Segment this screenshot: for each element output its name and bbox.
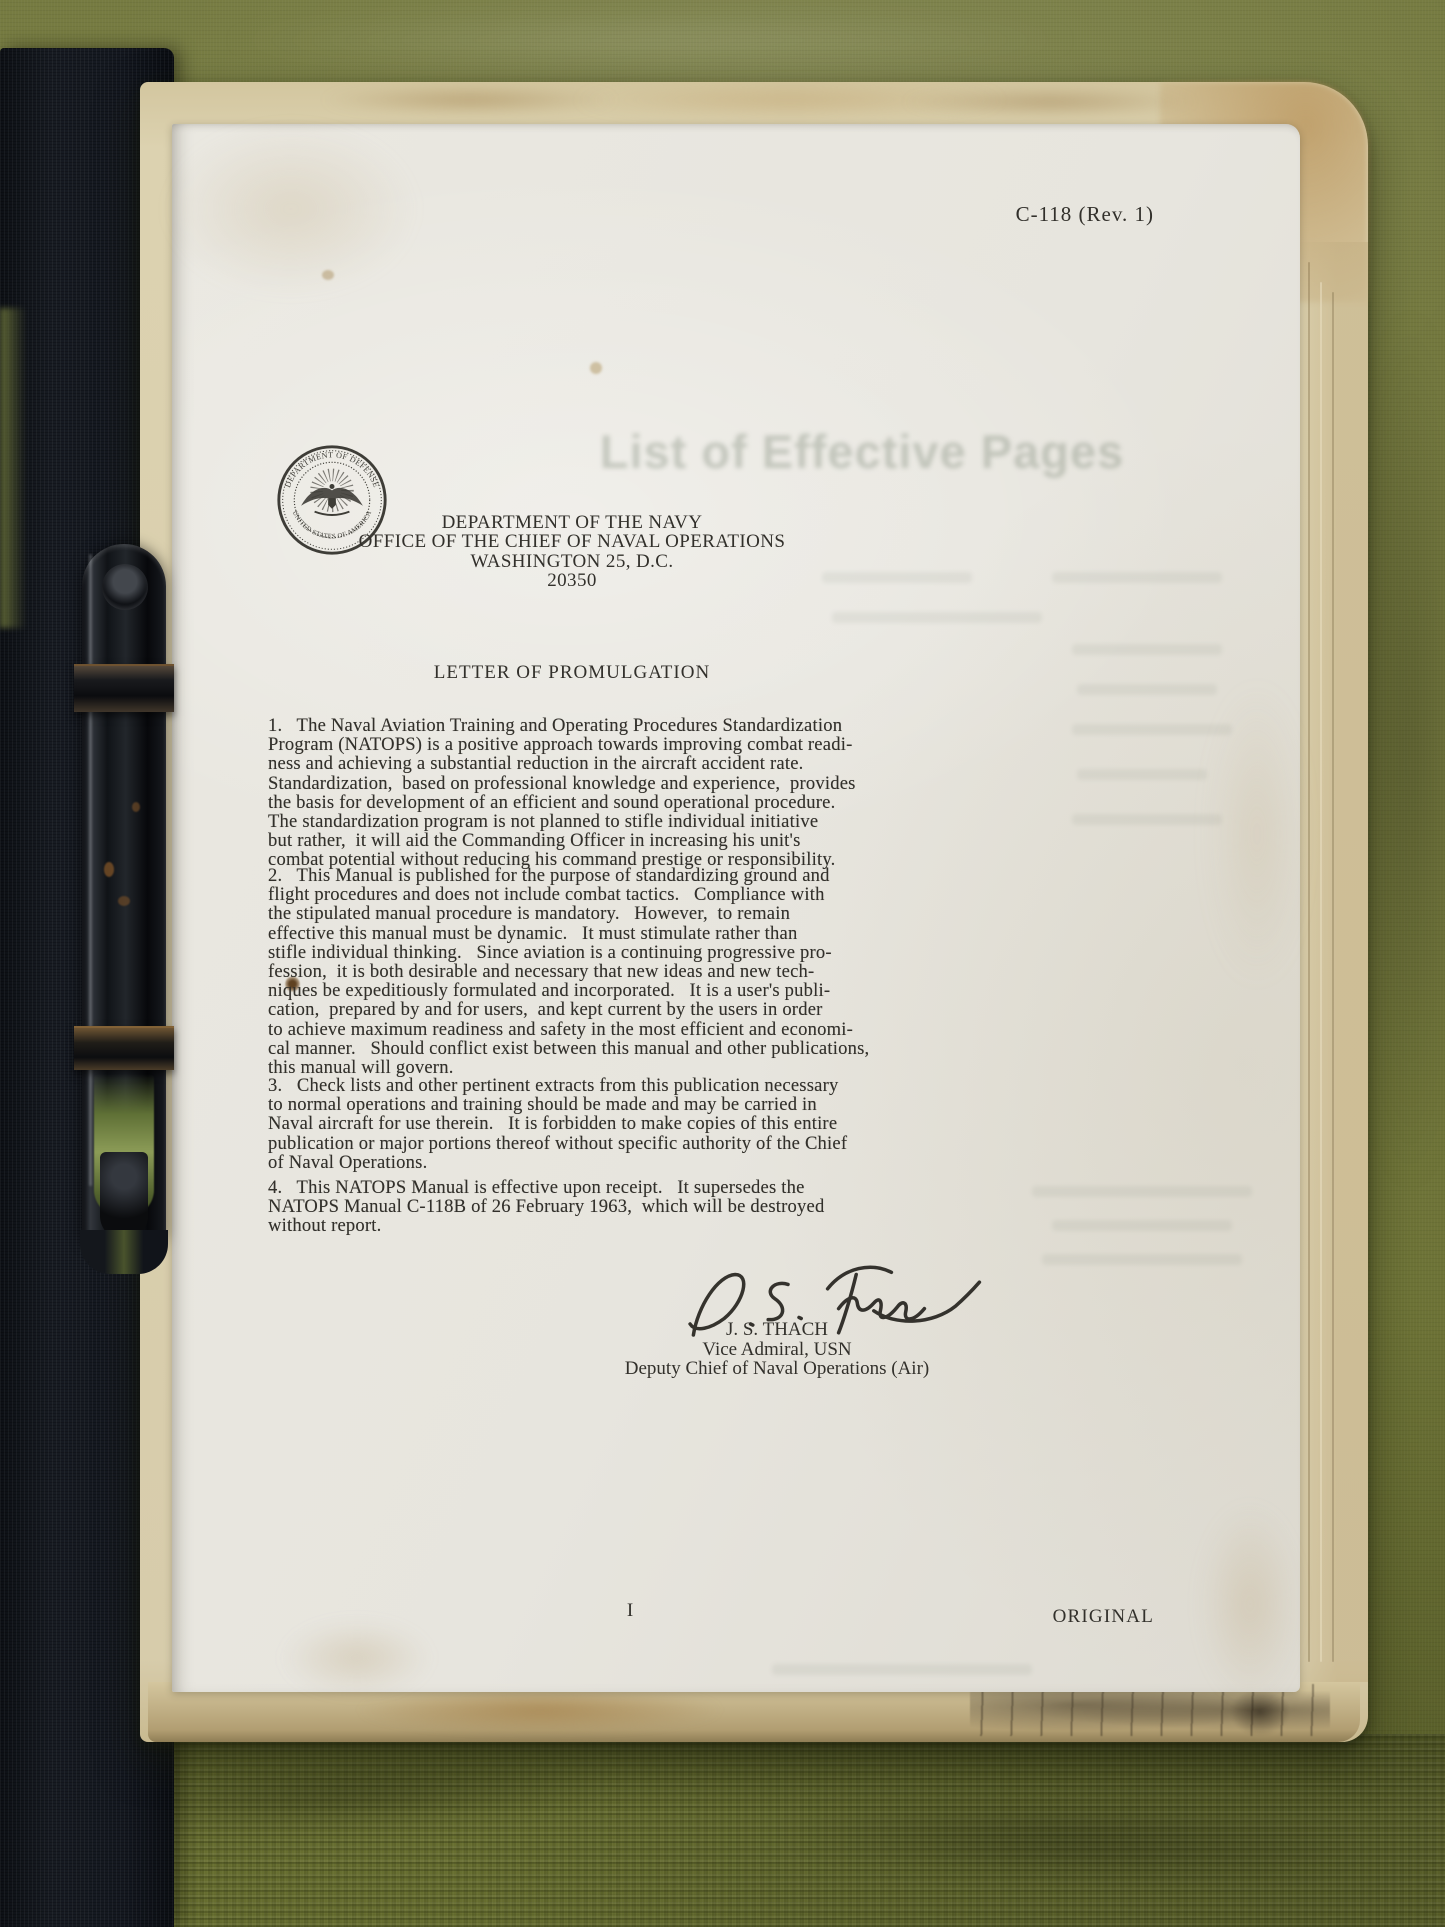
paragraph-4: 4. This NATOPS Manual is effective upon …: [268, 1178, 825, 1236]
bleed-through-smudge: [1072, 814, 1222, 825]
clamp-notch: [102, 564, 148, 610]
binder-clamp: [74, 544, 174, 1284]
rust-spot: [104, 862, 114, 877]
binder-board-edge: [0, 308, 26, 628]
paragraph-2: 2. This Manual is published for the purp…: [268, 866, 869, 1077]
eagle-icon: [301, 475, 363, 515]
paper-stain: [282, 1620, 432, 1696]
stain: [900, 88, 1200, 116]
page-edge-line: [1332, 292, 1334, 1662]
bleed-through-smudge: [1042, 1254, 1242, 1265]
bleed-through-smudge: [1032, 1186, 1252, 1197]
bleed-through-smudge: [772, 1664, 1032, 1675]
document-number: C-118 (Rev. 1): [1016, 202, 1154, 227]
paragraph-1: 1. The Naval Aviation Training and Opera…: [268, 716, 856, 870]
clamp-slot: [100, 1152, 148, 1240]
page-edge-line: [1320, 282, 1322, 1662]
bleed-through-smudge: [822, 572, 972, 583]
rust-spot: [118, 896, 130, 906]
bleed-through-smudge: [1072, 724, 1232, 735]
bleed-through-smudge: [832, 612, 1042, 623]
page-number: I: [620, 1600, 640, 1622]
copy-label: ORIGINAL: [1053, 1606, 1154, 1628]
bleed-through-smudge: [1052, 572, 1222, 583]
rust-spot: [132, 802, 140, 812]
letter-title: LETTER OF PROMULGATION: [342, 662, 802, 684]
paper-stain: [166, 124, 416, 294]
paper-stain: [1200, 1504, 1300, 1704]
clamp-slide-band: [74, 1026, 174, 1070]
bleed-through-smudge: [1072, 644, 1222, 655]
cloth-highlight: [200, 10, 1100, 70]
bleed-through-title: List of Effective Pages: [462, 424, 1262, 479]
letterhead: DEPARTMENT OF THE NAVY OFFICE OF THE CHI…: [342, 513, 802, 591]
seal-ring-top-text: DEPARTMENT OF DEFENSE: [283, 450, 381, 488]
clamp-base: [80, 1230, 168, 1274]
signature-block: J. S. THACH Vice Admiral, USN Deputy Chi…: [585, 1320, 969, 1379]
bleed-through-smudge: [1077, 684, 1217, 695]
paper-spot: [322, 270, 334, 280]
bleed-through-smudge: [1077, 769, 1207, 780]
photo-scene: List of Effective Pages C-118 (Rev. 1) D…: [0, 0, 1445, 1927]
clamp-highlight: [89, 554, 92, 1186]
clamp-slide-band: [74, 664, 174, 712]
bleed-through-smudge: [1052, 1220, 1232, 1231]
paper-spot: [590, 362, 602, 374]
paragraph-3: 3. Check lists and other pertinent extra…: [268, 1076, 847, 1172]
document-page: List of Effective Pages C-118 (Rev. 1) D…: [172, 124, 1300, 1692]
page-edge-line: [1308, 262, 1310, 1662]
svg-text:DEPARTMENT OF DEFENSE: DEPARTMENT OF DEFENSE: [283, 450, 381, 488]
